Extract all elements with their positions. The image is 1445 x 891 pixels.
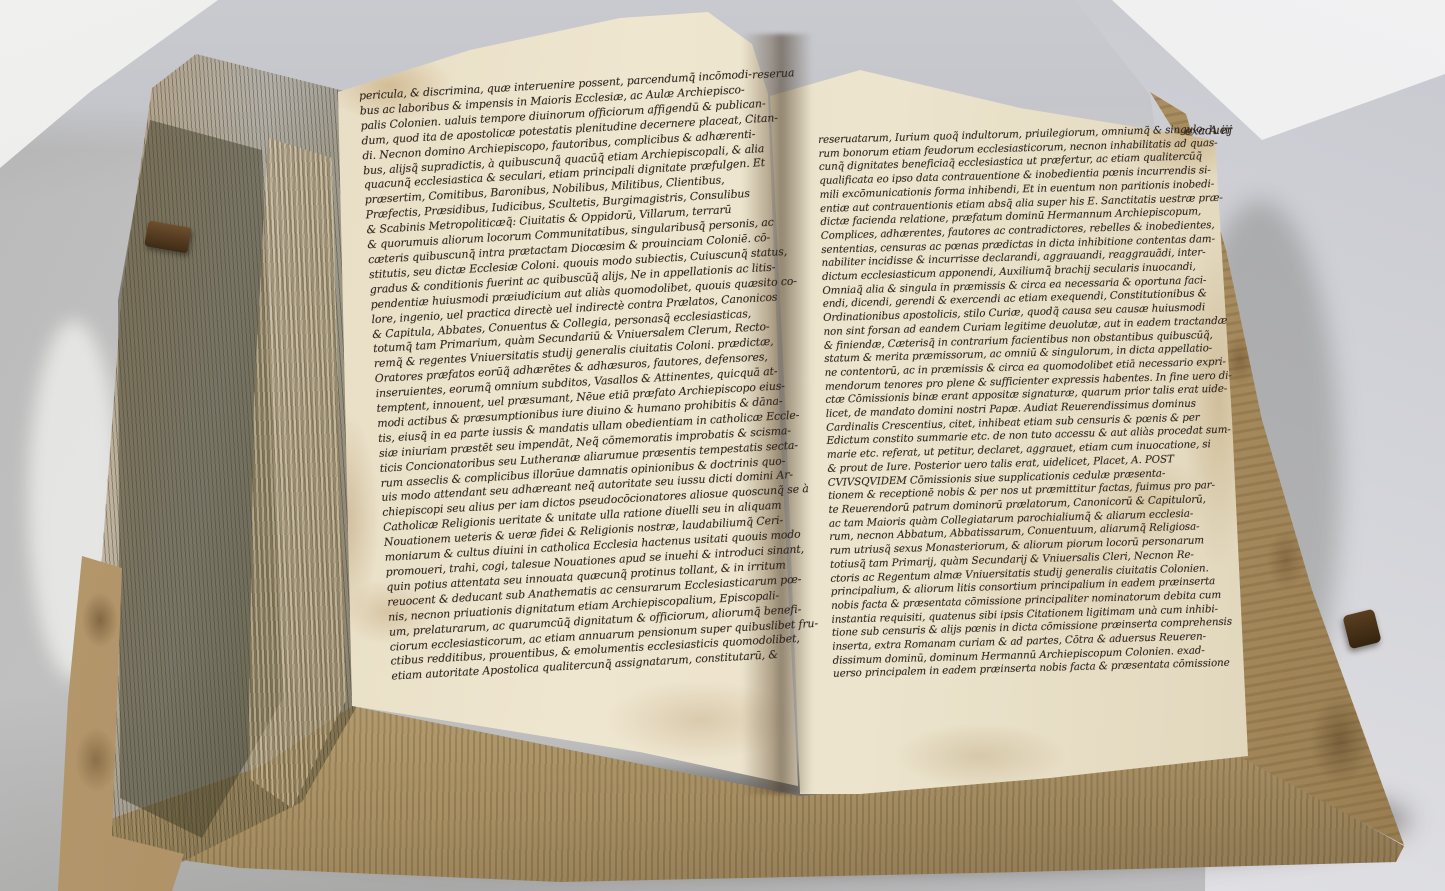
photo-open-antique-book: pericula, & discrimina, quæ interuenire … [0, 0, 1445, 891]
left-page-lines: pericula, & discrimina, quæ interuenire … [359, 66, 820, 685]
right-page-lines: reseruatarum, Iurium quoq̃ indultorum, p… [818, 123, 1240, 682]
right-page-catchword: exaduer [1185, 122, 1233, 138]
